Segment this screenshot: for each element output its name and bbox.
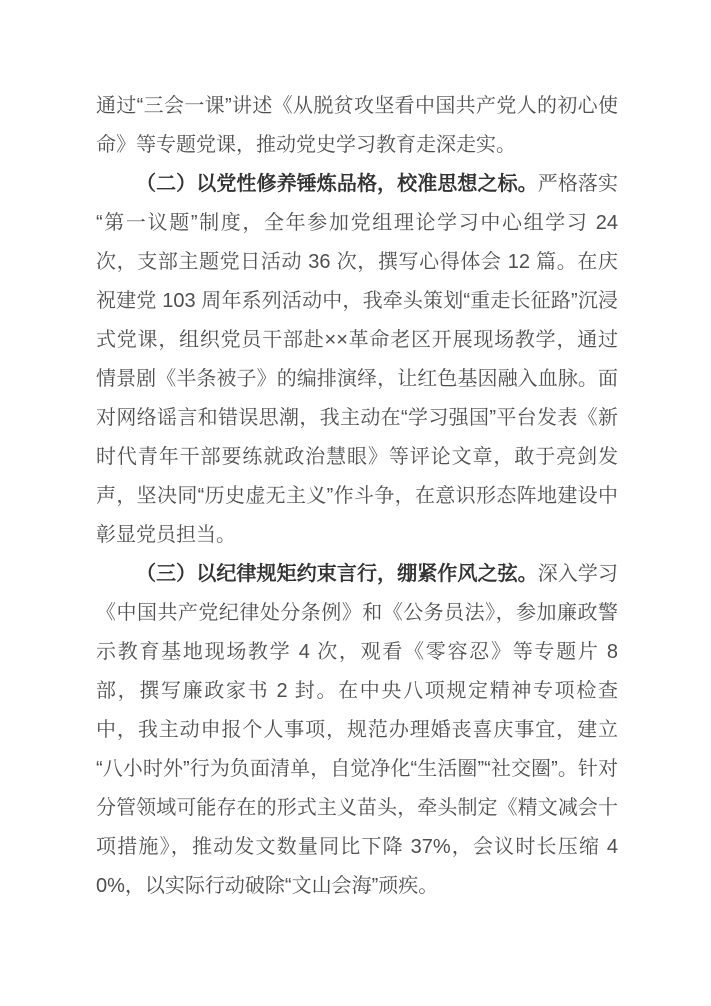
paragraph-text: 严格落实“第一议题”制度，全年参加党组理论学习中心组学习 24 次，支部主题党日… (96, 173, 618, 546)
paragraph-lead-bold: （二）以党性修养锤炼品格，校准思想之标。 (136, 173, 538, 195)
document-body: 通过“三会一课”讲述《从脱贫攻坚看中国共产党人的初心使命》等专题党课，推动党史学… (96, 87, 618, 906)
paragraph: （三）以纪律规矩约束言行，绷紧作风之弦。深入学习《中国共产党纪律处分条例》和《公… (96, 555, 618, 906)
paragraph-text: 通过“三会一课”讲述《从脱贫攻坚看中国共产党人的初心使命》等专题党课，推动党史学… (96, 95, 618, 156)
paragraph-lead-bold: （三）以纪律规矩约束言行，绷紧作风之弦。 (136, 563, 538, 585)
paragraph: （二）以党性修养锤炼品格，校准思想之标。严格落实“第一议题”制度，全年参加党组理… (96, 165, 618, 555)
document-page: 通过“三会一课”讲述《从脱贫攻坚看中国共产党人的初心使命》等专题党课，推动党史学… (0, 0, 711, 1006)
paragraph-text: 深入学习《中国共产党纪律处分条例》和《公务员法》，参加廉政警示教育基地现场教学 … (96, 563, 618, 897)
paragraph: 通过“三会一课”讲述《从脱贫攻坚看中国共产党人的初心使命》等专题党课，推动党史学… (96, 87, 618, 165)
